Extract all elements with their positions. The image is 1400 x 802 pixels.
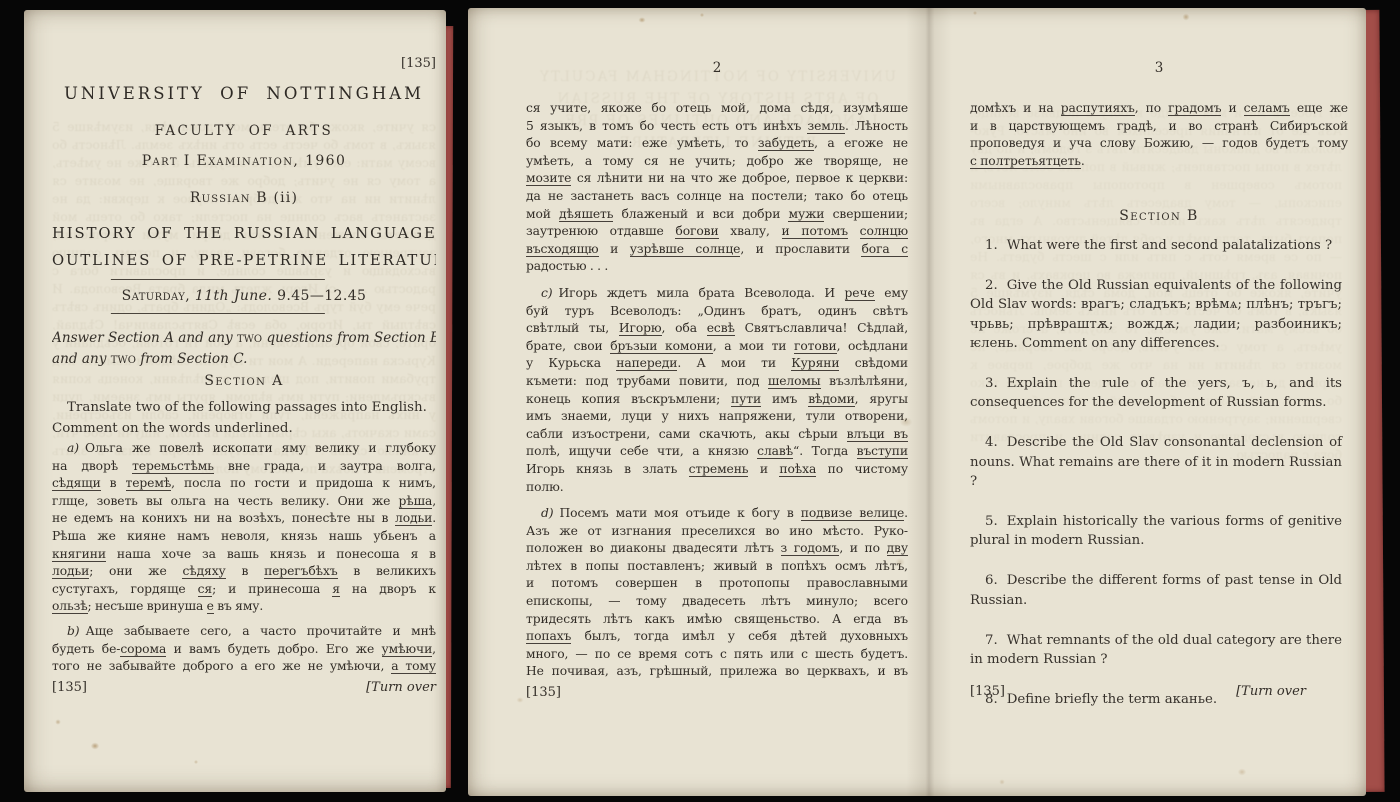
underlined-word: сѣдяху [182,564,225,579]
text-segment: по чистому [816,462,908,476]
text-segment: Игорь князь в злать [526,462,689,476]
underlined-word: лодьи [52,564,89,579]
underlined-word: мозите [526,171,571,186]
page-number-2: 2 [526,60,908,76]
question-text: What remnants of the old dual category a… [970,633,1342,667]
text-line: радостью . . . [526,258,908,276]
text-line: сѣдящи в теремѣ, посла по гости и придош… [52,475,436,493]
text-line: Игорь князь в злать стремень и поѣха по … [526,461,908,479]
text-segment: , [432,494,436,508]
question-item: 7.What remnants of the old dual category… [970,631,1342,669]
subject-line: Russian B (ii) [52,190,436,206]
text-line: Comment on the words underlined. [52,418,436,439]
text-segment: questions from Section B [262,330,436,346]
underlined-word: рече [845,286,875,301]
question-text: Give the Old Russian equivalents of the … [970,278,1342,351]
text-line: епископы, — тому двадесеть лѣтъ минуло; … [526,593,908,611]
text-segment: ему [875,286,908,300]
text-segment: не едемъ на конихъ ни на возѣхъ, понесѣт… [52,511,395,525]
underlined-word: сѣдящи [52,476,101,491]
university-title: UNIVERSITY OF NOTTINGHAM [52,84,436,103]
text-segment: полю. [526,480,564,494]
text-line: мой дѣяшеть блаженый и вси добри мужи св… [526,206,908,224]
text-line: сустугахъ, гордяще ся; и принесоша я на … [52,581,436,599]
underlined-word: распутияхъ [1061,101,1135,116]
question-item: 1.What were the first and second palatal… [970,236,1342,255]
text-line: с полтретьятцеть. [970,153,1348,171]
underlined-word: узрѣвше солнце [630,242,741,257]
text-segment: ся лѣнити ни на что же доброе, первое к … [571,171,908,185]
text-segment: наша хоче за вашь князь и понесоша я в [106,547,436,561]
underlined-word: въсходящю [526,242,599,257]
text-line: c) Игорь ждетъ мила брата Всеволода. И р… [526,285,908,303]
text-segment: Святъславлича! Сѣдлай, [735,321,908,335]
underlined-word: богови [675,224,718,239]
text-segment: свѣдоми [839,356,908,370]
text-segment: . [1081,154,1085,168]
section-a-rubric: Translate two of the following passages … [52,397,436,439]
underlined-word: подвизе велице [801,506,904,521]
text-line: сабли изъострени, сами скачють, акы сѣры… [526,426,908,444]
text-segment: . [904,506,908,520]
text-segment: в [226,564,264,578]
text-line: лѣтех в попы поставленъ; живый в попѣхъ … [526,558,908,576]
text-segment: будеть бе- [52,642,120,656]
text-segment: на дворъ к [340,582,436,596]
question-item: 2.Give the Old Russian equivalents of th… [970,276,1342,353]
underlined-word: ся [198,582,212,597]
text-segment: ; они же [89,564,182,578]
text-line: заутренюю отдавше богови хвалу, и потомъ… [526,223,908,241]
text-line: много, — по се время сотъ с пять или с ш… [526,646,908,664]
section-b-questions: 1.What were the first and second palatal… [970,236,1342,730]
text-segment: того не забывайте доброго а его же не ум… [52,659,391,673]
text-line: Рѣша же кияне намъ неволя, князь нашь уб… [52,528,436,546]
underlined-word: земль [807,119,845,134]
underlined-word: забудеть [758,136,814,151]
date-time-line: Saturday, 11th June. 9.45—12.45 [52,288,436,304]
text-segment: Translate two of the following passages … [67,400,427,415]
exam-pages-2-3: UNIVERSITY OF NOTTINGHAM FACULTY OF ARTS… [468,8,1366,796]
text-segment: 9.45—12.45 [272,288,366,304]
question-number: 6. [985,573,998,588]
text-segment: възлѣлѣяни, [821,374,908,388]
question-number: 7. [985,633,998,648]
text-segment: положен во диаконы двадесяти лѣтъ [526,541,781,555]
text-segment: OUTLINES OF PRE-PETRINE LITERATURE [52,252,436,269]
text-segment: , посла по гости и придоша к нимъ, [171,476,436,490]
underlined-word: пути [731,392,761,407]
text-line: къмети: под трубами повити, под шеломы в… [526,373,908,391]
underlined-word: славѣ [757,444,793,459]
text-segment: , по [1135,101,1168,115]
text-segment: Не почивая, азъ, грѣшный, прилежа во цер… [526,664,908,678]
underlined-word: бръзыи комони [610,339,713,354]
text-line: будеть бе-сорома и вамъ будеть добро. Ег… [52,641,436,659]
text-segment: from Section C. [136,351,248,367]
text-segment: имъ знаеми, луци у нихъ напряжени, тули … [526,409,908,423]
text-segment: и [748,462,779,476]
text-segment: ; несъше вринуша [88,599,207,613]
text-segment: в великихъ [338,564,436,578]
passage-c: c) Игорь ждетъ мила брата Всеволода. И р… [526,285,908,496]
underlined-word: с полтретьятцеть [970,154,1081,169]
text-segment: Saturday, [122,288,190,304]
text-segment: къмети: под трубами повити, под [526,374,768,388]
page1-footer: [135] [Turn over [52,680,436,695]
underlined-word: перегъбѣхъ [264,564,337,579]
book-crease [906,8,952,796]
question-text: What were the first and second palataliz… [1007,238,1332,253]
underlined-word: теремьстѣмь [132,459,214,474]
text-segment: мой [526,207,559,221]
underlined-word: а тому [391,659,436,674]
underlined-word: въступи [857,444,908,459]
rubric-instructions: Answer Section A and any two questions f… [52,328,436,369]
question-text: Describe the Old Slav consonantal declen… [970,435,1342,488]
passage-d-continuation: домѣхъ и на распутияхъ, по градомъ и сел… [970,100,1348,170]
underlined-word: ользѣ [52,599,88,614]
text-segment: домѣхъ и на [970,101,1061,115]
text-line: полю. [526,479,908,497]
text-segment: епископы, — тому двадесеть лѣтъ минуло; … [526,594,908,608]
text-segment: имъ [761,392,808,406]
text-segment: умѣеть, а тому ся не учить; добро же тво… [526,154,908,168]
underlined-word: лодьи [395,511,432,526]
text-line: имъ знаеми, луци у нихъ напряжени, тули … [526,408,908,426]
question-text: Explain the rule of the yers, ъ, ь, and … [970,376,1342,410]
text-line: ользѣ; несъше вринуша е въ яму. [52,598,436,616]
text-segment: буй туръ Всеволодъ: „Одинъ братъ, одинъ … [526,304,908,318]
text-line: b) Аще забываете сего, а часто прочитайт… [52,623,436,641]
footer-reference: [135] [970,684,1005,699]
text-line: ся учите, якоже бо отець мой, дома сѣдя,… [526,100,908,118]
text-line: Азъ же от изгнания преселихся во ино мѣс… [526,523,908,541]
text-segment: на дворѣ [52,459,132,473]
text-line: лодьи; они же сѣдяху в перегъбѣхъ в вели… [52,563,436,581]
text-segment: свершении; [824,207,908,221]
text-line: мозите ся лѣнити ни на что же доброе, пе… [526,170,908,188]
text-segment: , а егоже не [814,136,908,150]
underlined-word: селамъ [1244,101,1290,116]
underlined-word: напереди [616,356,677,371]
question-number: 4. [985,435,998,450]
divider-rule [111,313,325,314]
text-segment: и вамъ будеть добро. Его же [166,642,381,656]
text-segment: HISTORY OF THE RUSSIAN LANGUAGE AND [52,225,436,242]
page-number-3: 3 [970,60,1348,76]
text-segment: много, — по се время сотъ с пять или с ш… [526,647,908,661]
question-number: 5. [985,514,998,529]
text-segment: Рѣша же кияне намъ неволя, князь нашь уб… [52,529,436,543]
text-segment: two [237,330,262,346]
faculty-title: FACULTY OF ARTS [52,123,436,139]
text-line: and any two from Section C. [52,349,436,370]
turn-over-note: [Turn over [366,680,436,695]
text-line: 5 языкъ, в томъ бо честь есть отъ инѣхъ … [526,118,908,136]
underlined-word: стремень [689,462,749,477]
text-line: на дворѣ теремьстѣмь вне града, и заутра… [52,458,436,476]
text-segment: ся учите, якоже бо отець мой, дома сѣдя,… [526,101,908,115]
text-segment: , и прославити [740,242,861,256]
question-item: 5.Explain historically the various forms… [970,512,1342,550]
question-item: 6.Describe the different forms of past t… [970,571,1342,609]
text-segment: конець копия въскръмлени; [526,392,731,406]
section-a-heading: Section A [52,373,436,389]
text-line: попахъ былъ, тогда имѣл у себя дѣтей дух… [526,628,908,646]
text-segment: и [599,242,630,256]
passage-a: a) Ольга же повелѣ ископати яму велику и… [52,440,436,616]
page3-footer: [135] [Turn over [970,684,1306,699]
text-segment: Part I Examination, 1960 [142,153,347,169]
text-segment: d) [541,506,560,520]
underlined-word: умѣючи [382,642,433,657]
text-line: княгини наша хоче за вашь князь и понесо… [52,546,436,564]
text-segment: Section B [1119,208,1198,224]
text-line: Не почивая, азъ, грѣшный, прилежа во цер… [526,663,908,681]
text-segment: Ольга же повелѣ ископати яму велику и гл… [85,441,436,455]
text-segment: сустугахъ, гордяще [52,582,198,596]
scanned-exam-paper: ся учите, якоже бо отець мой, дома сѣдя,… [0,0,1400,802]
text-segment: блаженый и вси добри [613,207,788,221]
text-segment: глще, зоветь вы ольга на честь велику. О… [52,494,399,508]
text-segment: былъ, тогда имѣл у себя дѣтей духовныхъ [571,629,908,643]
underlined-word: я [332,582,340,597]
text-segment: да не застанеть васъ солнце на постели; … [526,189,908,203]
text-segment: c) [541,286,559,300]
underlined-word: попахъ [526,629,571,644]
text-segment: 5 языкъ, в томъ бо честь есть отъ инѣхъ [526,119,807,133]
underlined-word: з годомъ [781,541,840,556]
text-segment: . А мои ти [677,356,791,370]
text-segment: (ii) [273,190,298,206]
text-segment: проповедуя и уча слову Божию, — годов бу… [970,136,1348,150]
underlined-word: бога с [861,242,908,257]
text-line: брате, свои бръзыи комони, а мои ти гото… [526,338,908,356]
divider-rule [111,279,325,280]
passage-d: d) Посемъ мати моя отъиде к богу в подви… [526,505,908,681]
text-segment: сабли изъострени, сами скачють, акы сѣры… [526,427,847,441]
text-line: OUTLINES OF PRE-PETRINE LITERATURE [52,247,436,274]
text-segment: two [111,351,136,367]
text-segment: и потомъ совершен в протопопы православн… [526,576,908,590]
underlined-word: градомъ [1168,101,1221,116]
text-line: тридесять лѣтъ какъ имѣю священьство. А … [526,611,908,629]
text-line: не едемъ на конихъ ни на возѣхъ, понесѣт… [52,510,436,528]
underlined-word: Игорю [619,321,662,336]
text-line: a) Ольга же повелѣ ископати яму велику и… [52,440,436,458]
text-line: и потомъ совершен в протопопы православн… [526,575,908,593]
text-segment: бо всему мати: еже умѣеть, то [526,136,758,150]
text-segment: тридесять лѣтъ какъ имѣю священьство. А … [526,612,908,626]
underlined-word: дву [887,541,908,556]
turn-over-note: [Turn over [1236,684,1306,699]
section-b-heading: Section B [970,208,1348,224]
underlined-word: поѣха [779,462,816,477]
question-text: Explain historically the various forms o… [970,514,1342,548]
text-line: глще, зоветь вы ольга на честь велику. О… [52,493,436,511]
text-line: и в царствующемъ градѣ, и во странѣ Сиби… [970,118,1348,136]
text-line: Answer Section A and any two questions f… [52,328,436,349]
text-line: бо всему мати: еже умѣеть, то забудеть, … [526,135,908,153]
text-segment: и в царствующемъ градѣ, и во странѣ Сиби… [970,119,1348,133]
text-segment: заутренюю отдавше [526,224,675,238]
text-segment: , и по [839,541,886,555]
text-segment: Russian B [190,190,274,206]
text-line: того не забывайте доброго а его же не ум… [52,658,436,676]
question-number: 3. [985,376,998,391]
text-line: въсходящю и узрѣвше солнце, и прославити… [526,241,908,259]
text-line: у Курьска напереди. А мои ти Куряни свѣд… [526,355,908,373]
underlined-word: е [207,599,214,614]
underlined-word: вѣдоми [808,392,854,407]
text-segment: , оба [662,321,707,335]
text-segment: , яругы [855,392,908,406]
text-segment: ; и принесоша [212,582,332,596]
underlined-word: теремѣ [126,476,172,491]
exam-page-1: ся учите, якоже бо отець мой, дома сѣдя,… [24,10,446,792]
text-segment: Игорь ждетъ мила брата Всеволода. И [559,286,845,300]
underlined-word: есвѣ [707,321,735,336]
text-line: d) Посемъ мати моя отъиде к богу в подви… [526,505,908,523]
text-segment: в [101,476,126,490]
text-line: HISTORY OF THE RUSSIAN LANGUAGE AND [52,220,436,247]
underlined-word: рѣша [399,494,433,509]
passage-b-continuation: ся учите, якоже бо отець мой, дома сѣдя,… [526,100,908,276]
underlined-word: сорома [120,642,166,657]
footer-reference: [135] [52,680,87,695]
underlined-word: дѣяшеть [559,207,613,222]
paper-reference-number: [135] [52,56,436,71]
paper-title: HISTORY OF THE RUSSIAN LANGUAGE ANDOUTLI… [52,220,436,274]
text-line: умѣеть, а тому ся не учить; добро же тво… [526,153,908,171]
underlined-word: шеломы [768,374,821,389]
text-segment: Аще забываете сего, а часто прочитайте и… [86,624,436,638]
passage-b: b) Аще забываете сего, а часто прочитайт… [52,623,436,676]
text-segment: , [432,642,436,656]
text-segment: брате, свои [526,339,610,353]
text-line: Translate two of the following passages … [52,397,436,418]
text-segment: Section A [204,373,283,389]
text-segment: and any [52,351,111,367]
text-line: полѣ, ищучи себе чти, а князю славѣ“. То… [526,443,908,461]
underlined-word: влъци въ [847,427,908,442]
text-segment: полѣ, ищучи себе чти, а князю [526,444,757,458]
text-line: буй туръ Всеволодъ: „Одинъ братъ, одинъ … [526,303,908,321]
underlined-word: княгини [52,547,106,562]
text-segment: , а мои ти [713,339,794,353]
question-item: 4.Describe the Old Slav consonantal decl… [970,433,1342,491]
underlined-word: солнцю [860,224,908,239]
examination-line: Part I Examination, 1960 [52,153,436,169]
underlined-word: и потомъ [782,224,848,239]
text-line: да не застанеть васъ солнце на постели; … [526,188,908,206]
text-segment: хвалу, [719,224,782,238]
text-segment: a) [67,441,85,455]
text-segment: свѣтлый ты, [526,321,619,335]
question-number: 2. [985,278,998,293]
question-item: 3.Explain the rule of the yers, ъ, ь, an… [970,374,1342,412]
text-segment: лѣтех в попы поставленъ; живый в попѣхъ … [526,559,908,573]
text-segment: b) [67,624,86,638]
text-segment: . Лѣность [845,119,908,133]
text-segment [848,224,860,238]
text-segment: въ яму. [214,599,263,613]
underlined-word: Куряни [791,356,839,371]
text-segment: . [432,511,436,525]
text-line: свѣтлый ты, Игорю, оба есвѣ Святъславлич… [526,320,908,338]
page2-footer-reference: [135] [526,685,561,700]
question-text: Describe the different forms of past ten… [970,573,1342,607]
text-segment: Comment on the words underlined. [52,421,293,436]
text-line: положен во диаконы двадесяти лѣтъ з годо… [526,540,908,558]
text-segment: вне града, и заутра волга, [214,459,436,473]
text-line: проповедуя и уча слову Божию, — годов бу… [970,135,1348,153]
text-segment: еще же [1290,101,1348,115]
underlined-word: готови [794,339,837,354]
question-number: 1. [985,238,998,253]
text-segment: “. Тогда [793,444,857,458]
underlined-word: мужи [788,207,824,222]
text-segment: у Курьска [526,356,616,370]
text-line: конець копия въскръмлени; пути имъ вѣдом… [526,391,908,409]
text-segment: и [1221,101,1243,115]
text-segment: , осѣдлани [837,339,908,353]
text-segment: Азъ же от изгнания преселихся во ино мѣс… [526,524,908,538]
text-segment: Answer Section A and any [52,330,237,346]
text-line: домѣхъ и на распутияхъ, по градомъ и сел… [970,100,1348,118]
text-segment: 11th June. [195,288,272,304]
text-segment: радостью . . . [526,259,608,273]
text-segment: Посемъ мати моя отъиде к богу в [560,506,801,520]
